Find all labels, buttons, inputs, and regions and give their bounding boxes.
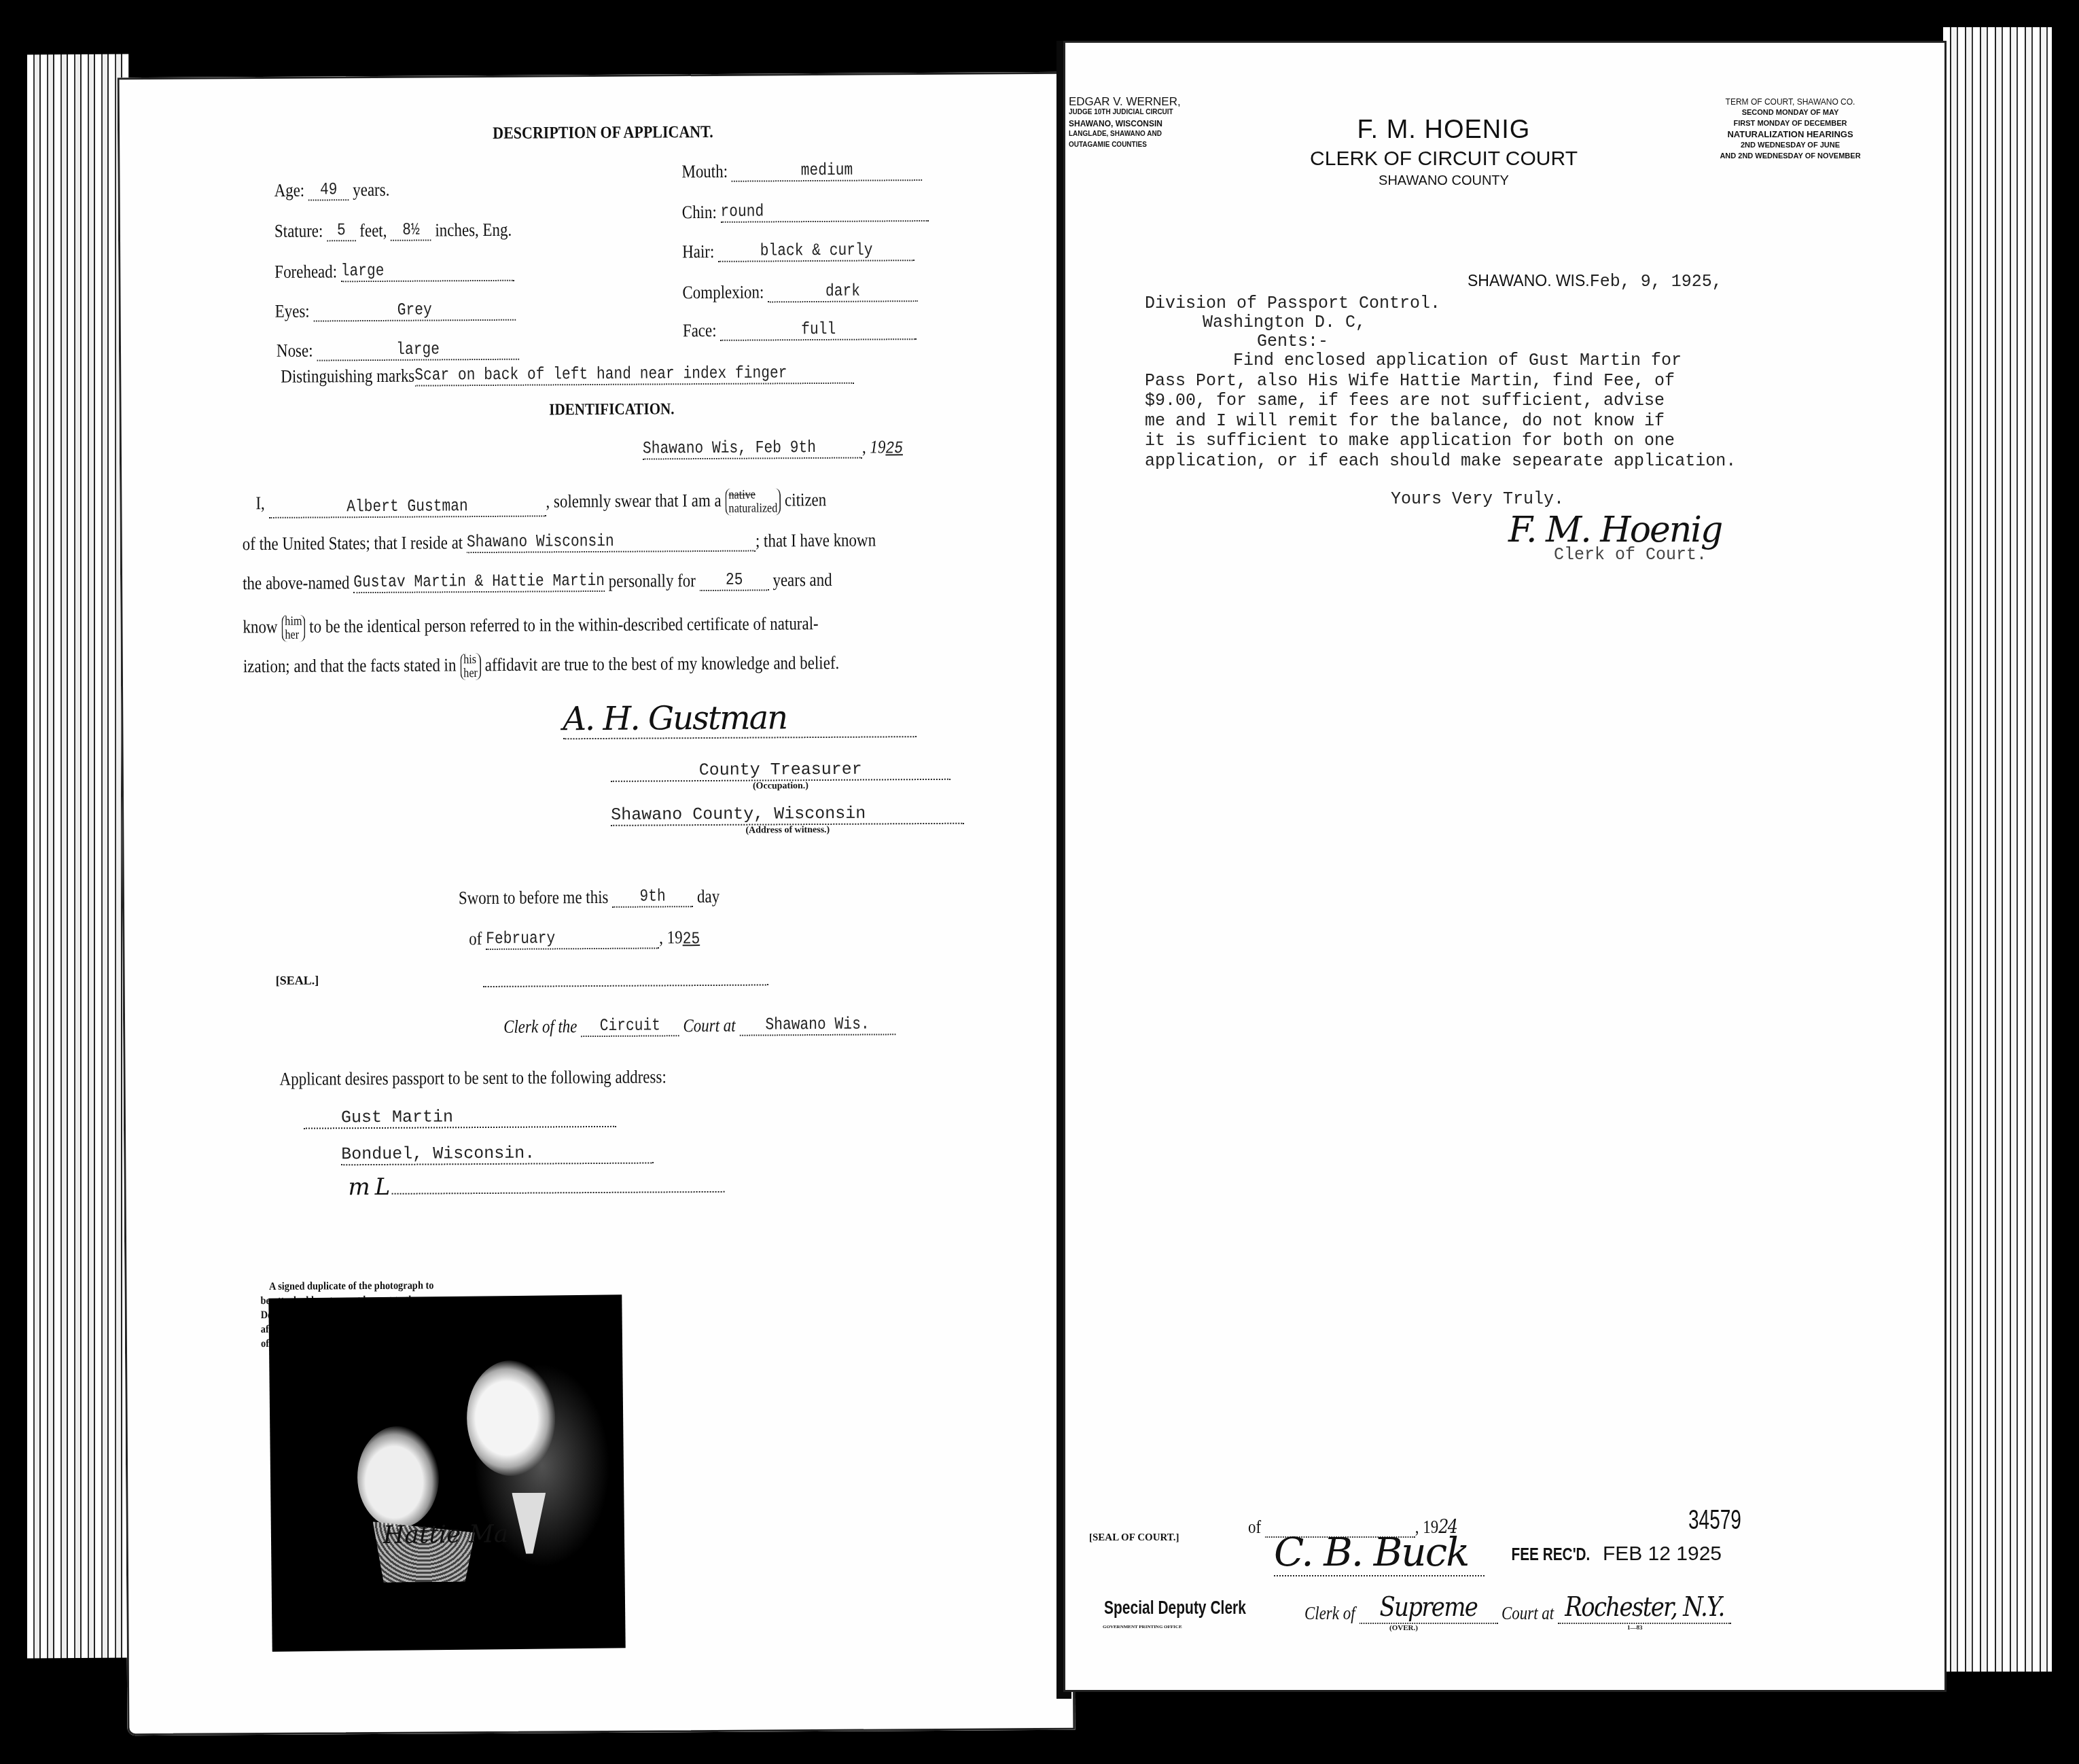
witness-address-value: Shawano County, Wisconsin [611, 803, 964, 826]
hair-row: Hair: black & curly [682, 240, 914, 262]
form-code: 1—83 [1627, 1624, 1643, 1631]
mailing-line-1: Gust Martin [304, 1106, 616, 1129]
mailing-line-2: Bonduel, Wisconsin. [341, 1142, 654, 1165]
occupation-block: County Treasurer (Occupation.) [611, 759, 950, 793]
letterhead-center: F. M. HOENIG CLERK OF CIRCUIT COURT SHAW… [1267, 116, 1620, 189]
chin-row: Chin: round [682, 200, 929, 223]
forehead-value: large [341, 260, 514, 283]
identification-title: IDENTIFICATION. [549, 400, 675, 419]
chin-value: round [720, 200, 928, 223]
printing-office: GOVERNMENT PRINTING OFFICE [1103, 1624, 1182, 1629]
mailing-instruction: Applicant desires passport to be sent to… [279, 1066, 666, 1089]
witness-name: Albert Gustman [268, 495, 546, 518]
hair-value: black & curly [718, 240, 914, 262]
sworn-day: 9th [612, 886, 693, 908]
mouth-row: Mouth: medium [681, 160, 922, 182]
letterhead-title: CLERK OF CIRCUIT COURT [1267, 147, 1620, 171]
seal-of-court: [SEAL OF COURT.] [1089, 1532, 1179, 1544]
page-edges-right [1943, 27, 2052, 1672]
special-deputy-clerk: Special Deputy Clerk [1104, 1597, 1246, 1619]
complexion-row: Complexion: dark [682, 281, 918, 303]
oath-line-1: I, Albert Gustman, solemnly swear that I… [255, 488, 826, 518]
initials: m L [348, 1174, 389, 1201]
stature-inches: 8½ [391, 219, 431, 241]
clerk-court-line: Clerk of the Circuit Court at Shawano Wi… [503, 1014, 895, 1038]
letter-body-line: Find enclosed application of Gust Martin… [1145, 351, 1736, 371]
letter-body-line: me and I will remit for the balance, do … [1145, 411, 1736, 431]
occupation-value: County Treasurer [611, 759, 950, 782]
court-location: Shawano Wis. [739, 1014, 895, 1036]
witness-address-block: Shawano County, Wisconsin (Address of wi… [611, 803, 964, 837]
footer-court-line: Clerk of Supreme Court at Rochester, N.Y… [1304, 1591, 1731, 1624]
clerk-signature-line [483, 984, 768, 987]
face-row: Face: full [683, 319, 917, 341]
letter-closing: Yours Very Truly. [1391, 489, 1564, 509]
witness-signature: A. H. Gustman [563, 698, 916, 739]
fee-received-stamp: FEE REC'D. FEB 12 1925 [1501, 1542, 1722, 1566]
residence: Shawano Wisconsin [467, 531, 756, 554]
footer-court-name: Supreme [1359, 1591, 1497, 1624]
sworn-year: 25 [683, 929, 700, 949]
applicant-photograph: Hattie Ma [268, 1294, 625, 1651]
letter-body-line: it is sufficient to make application for… [1145, 431, 1736, 451]
sworn-line: Sworn to before me this 9th day [459, 886, 719, 909]
deputy-signature: C. B. Buck [1274, 1529, 1485, 1576]
eyes-row: Eyes: Grey [275, 300, 516, 322]
letter-body-line: Pass Port, also His Wife Hattie Martin, … [1145, 371, 1736, 391]
letterhead-county: SHAWANO COUNTY [1267, 173, 1620, 189]
letter-dateline: SHAWANO. WIS.Feb, 9, 1925, [1468, 272, 1722, 292]
age-row: Age: 49 years. [274, 179, 389, 201]
court-type: Circuit [581, 1015, 679, 1037]
nose-row: Nose: large [277, 339, 519, 361]
nose-value: large [317, 339, 519, 361]
letter-body-line: application, or if each should make sepe… [1145, 451, 1736, 472]
oath-line-4: know him her to be the identical person … [243, 612, 818, 642]
man-portrait [466, 1360, 556, 1476]
letterhead-name: F. M. HOENIG [1267, 116, 1620, 145]
age-value: 49 [308, 179, 349, 200]
letter-signer-title: Clerk of Court. [1554, 545, 1707, 565]
seal-label: [SEAL.] [276, 973, 319, 987]
eyes-value: Grey [313, 300, 516, 322]
oath-line-2: of the United States; that I reside at S… [243, 529, 876, 554]
identification-place-date: Shawano Wis, Feb 9th, 1925 [643, 436, 903, 459]
description-title: DESCRIPTION OF APPLICANT. [493, 123, 713, 143]
application-number: 34579 [1688, 1505, 1741, 1536]
letter-salutation: Gents:- [1257, 332, 1328, 351]
complexion-value: dark [768, 281, 918, 302]
distinguishing-marks-value: Scar on back of left hand near index fin… [414, 363, 853, 387]
page-edges-left [27, 54, 129, 1659]
mailing-line-3: m L [348, 1171, 724, 1201]
right-page: EDGAR V. WERNER, JUDGE 10TH JUDICIAL CIR… [1063, 41, 1947, 1692]
oath-line-5: ization; and that the facts stated in hi… [243, 651, 840, 682]
clerk-signature: F. M. Hoenig [1508, 510, 1722, 550]
letter-city: Washington D. C, [1203, 313, 1366, 332]
letter-body: Find enclosed application of Gust Martin… [1145, 351, 1736, 471]
letterhead-judge: EDGAR V. WERNER, JUDGE 10TH JUDICIAL CIR… [1069, 96, 1181, 151]
years-known: 25 [700, 569, 769, 591]
stature-feet: 5 [327, 220, 356, 241]
stature-row: Stature: 5 feet, 8½ inches, Eng. [274, 219, 512, 242]
face-value: full [720, 319, 917, 341]
photo-signature: Hattie Ma [383, 1520, 509, 1549]
sworn-month-line: of February, 1925 [469, 927, 700, 950]
footer-court-location: Rochester, N.Y. [1558, 1591, 1731, 1624]
sworn-month: February [486, 928, 659, 950]
oath-line-3: the above-named Gustav Martin & Hattie M… [243, 569, 832, 594]
letter-addressee: Division of Passport Control. [1145, 294, 1440, 313]
over-label: (OVER.) [1389, 1624, 1418, 1632]
citizenship-brace: native naturalized [725, 488, 781, 515]
woman-portrait [357, 1426, 440, 1528]
mouth-value: medium [732, 160, 923, 182]
letterhead-terms: TERM OF COURT, SHAWANO CO. SECOND MONDAY… [1688, 96, 1892, 162]
letter-body-line: $9.00, for same, if fees are not suffici… [1145, 391, 1736, 411]
applicant-names: Gustav Martin & Hattie Martin [353, 571, 605, 593]
forehead-row: Forehead: large [274, 260, 514, 283]
distinguishing-marks-row: Distinguishing marksScar on back of left… [281, 363, 853, 387]
